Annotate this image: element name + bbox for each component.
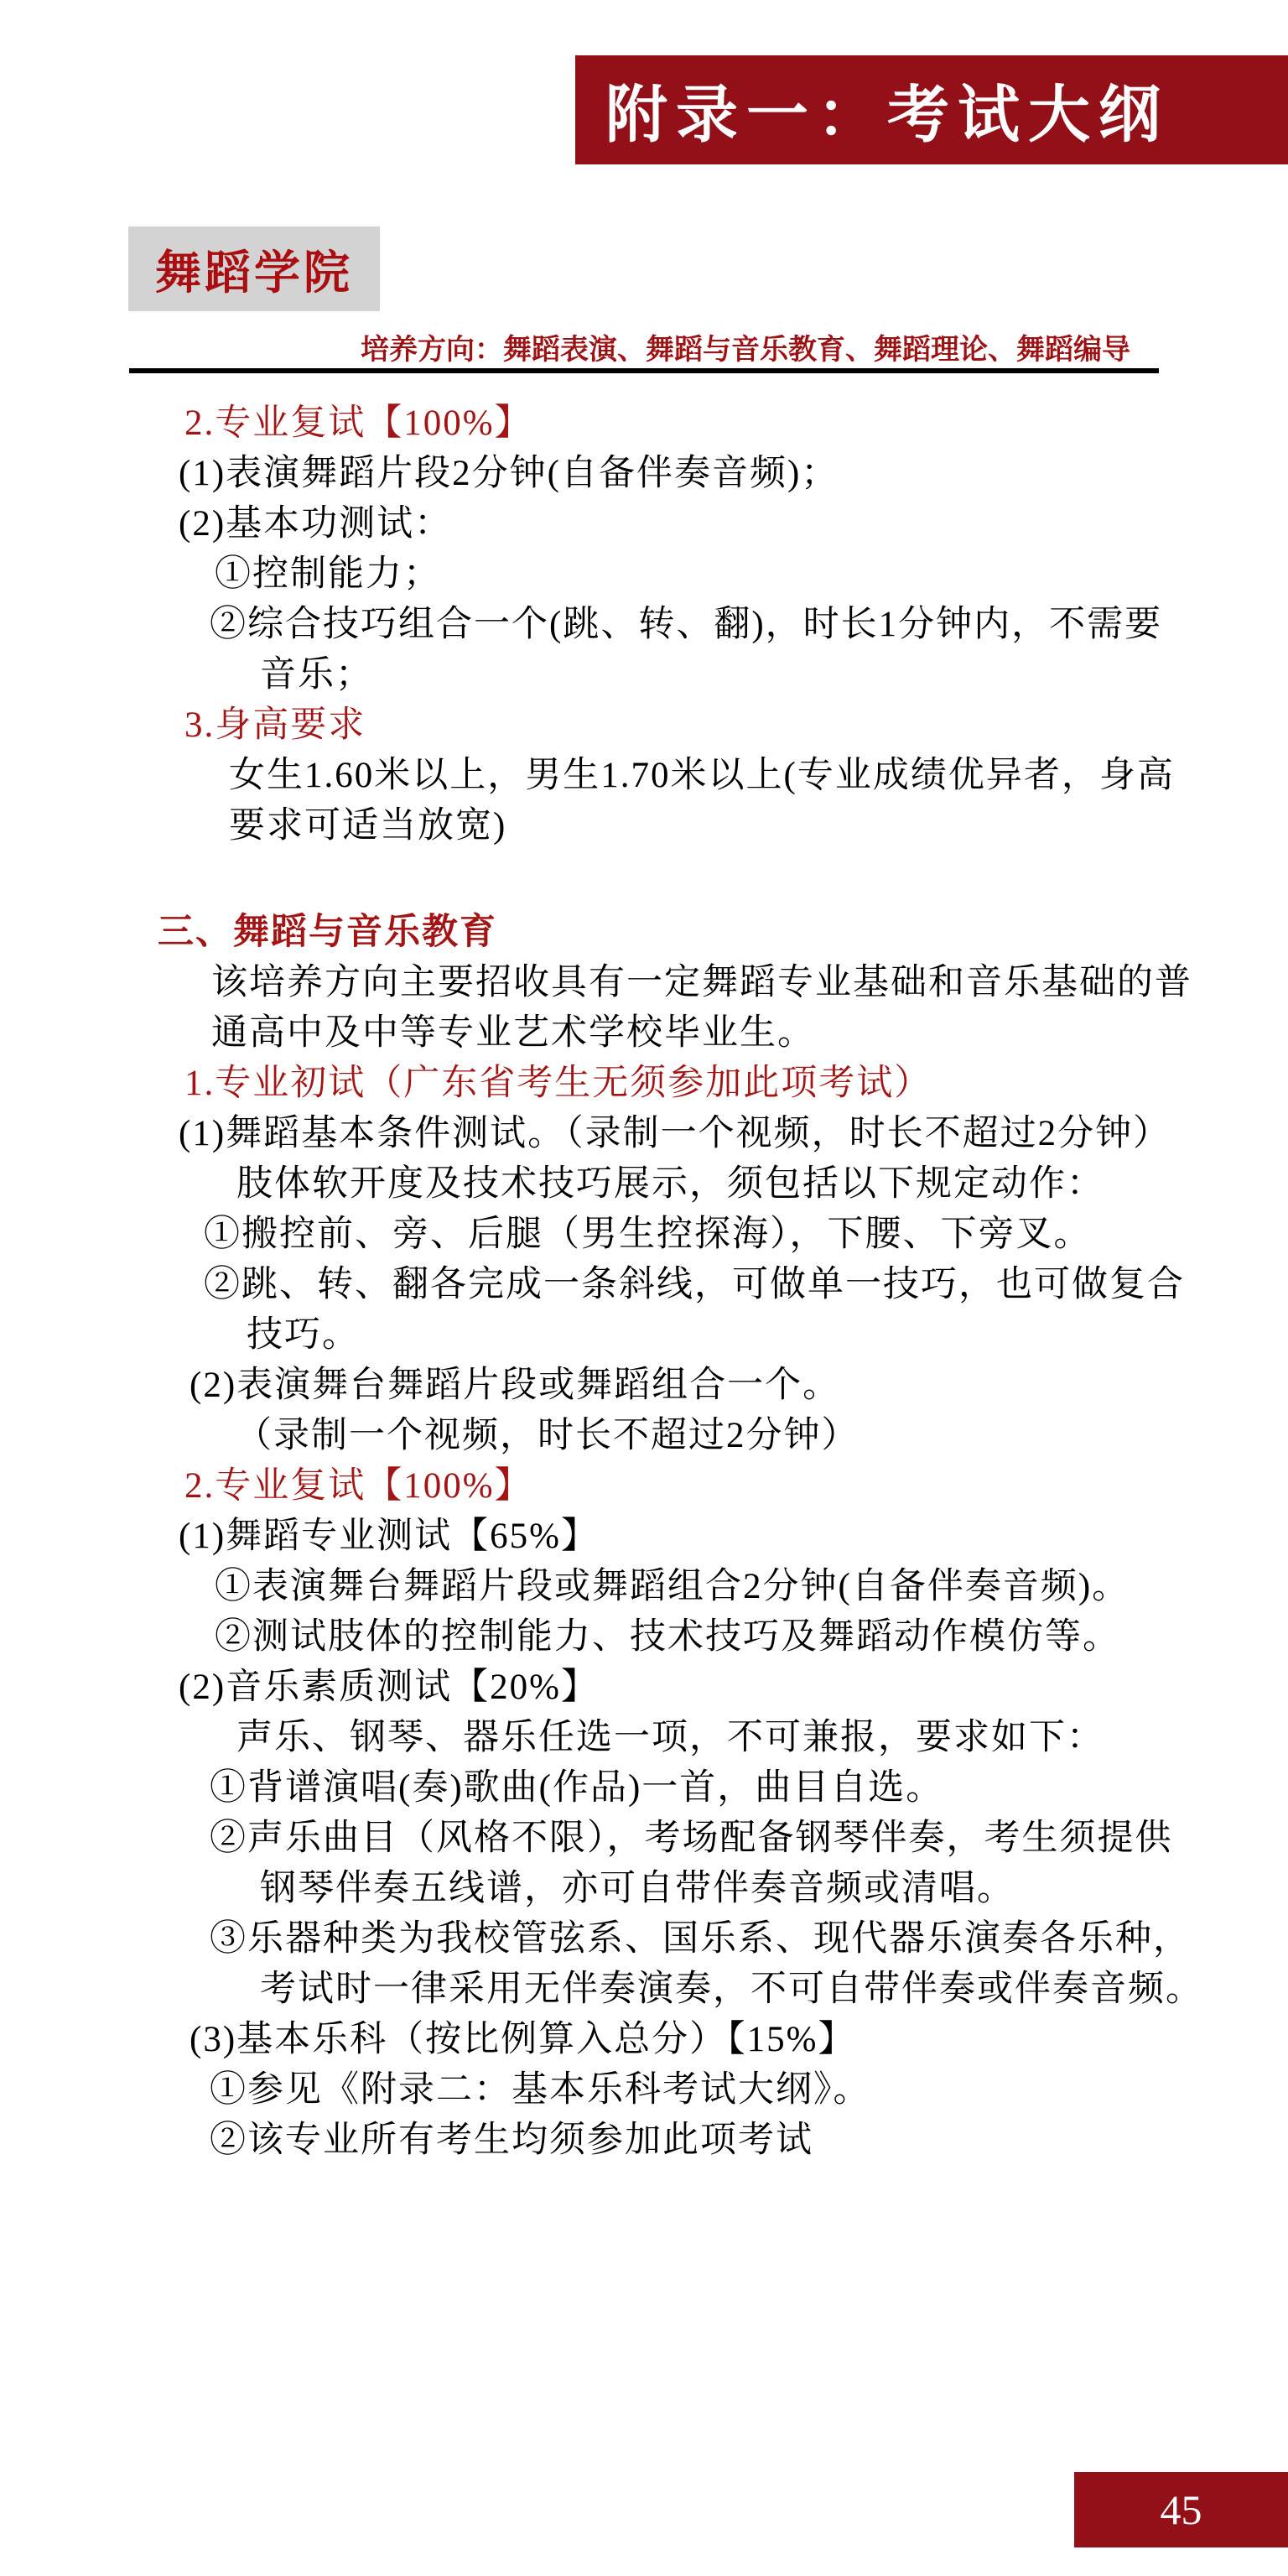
text-line: ③乐器种类为我校管弦系、国乐系、现代器乐演奏各乐种， <box>210 1914 1288 1965</box>
document-body: 2.专业复试【100%】(1)表演舞蹈片段2分钟(自备伴奏音频)；(2)基本功测… <box>0 398 1288 2166</box>
text-line: 2.专业复试【100%】 <box>184 1461 1288 1512</box>
text-line: 通高中及中等专业艺术学校毕业生。 <box>211 1008 1288 1059</box>
text-line: ②声乐曲目（风格不限），考场配备钢琴伴奏，考生须提供 <box>210 1814 1288 1864</box>
page-number: 45 <box>1161 2485 1202 2534</box>
text-line: 声乐、钢琴、器乐任选一项，不可兼报，要求如下： <box>236 1713 1288 1763</box>
text-line: 考试时一律采用无伴奏演奏，不可自带伴奏或伴奏音频。 <box>260 1965 1288 2015</box>
text-line: ①背谱演唱(奏)歌曲(作品)一首，曲目自选。 <box>210 1763 1288 1814</box>
text-line: (2)表演舞台舞蹈片段或舞蹈组合一个。 <box>190 1361 1288 1411</box>
text-line: ②测试肢体的控制能力、技术技巧及舞蹈动作模仿等。 <box>215 1612 1288 1663</box>
text-line: ①参见《附录二：基本乐科考试大纲》。 <box>210 2065 1288 2115</box>
text-line: 三、舞蹈与音乐教育 <box>158 908 1288 958</box>
text-line: ①表演舞台舞蹈片段或舞蹈组合2分钟(自备伴奏音频)。 <box>215 1562 1288 1612</box>
text-line: 该培养方向主要招收具有一定舞蹈专业基础和音乐基础的普 <box>211 958 1288 1008</box>
text-line: ②综合技巧组合一个(跳、转、翻)，时长1分钟内，不需要 <box>210 600 1288 650</box>
text-line: 技巧。 <box>247 1310 1288 1361</box>
document-page: 附录一：考试大纲 舞蹈学院 培养方向：舞蹈表演、舞蹈与音乐教育、舞蹈理论、舞蹈编… <box>0 0 1288 2576</box>
college-title-box: 舞蹈学院 <box>128 226 380 311</box>
horizontal-rule <box>129 368 1159 373</box>
text-line: ②跳、转、翻各完成一条斜线，可做单一技巧，也可做复合 <box>204 1260 1288 1310</box>
training-direction-line: 培养方向：舞蹈表演、舞蹈与音乐教育、舞蹈理论、舞蹈编导 <box>361 326 1130 367</box>
text-line: (2)基本功测试： <box>179 499 1288 549</box>
text-line: 3.身高要求 <box>184 700 1288 751</box>
text-line: 女生1.60米以上，男生1.70米以上(专业成绩优异者，身高 <box>229 751 1288 801</box>
text-line: 音乐； <box>260 650 1288 700</box>
text-line: ①搬控前、旁、后腿（男生控探海），下腰、下旁叉。 <box>204 1210 1288 1260</box>
text-line: 钢琴伴奏五线谱，亦可自带伴奏音频或清唱。 <box>260 1864 1288 1914</box>
text-line: (1)表演舞蹈片段2分钟(自备伴奏音频)； <box>179 449 1288 499</box>
text-line: ②该专业所有考生均须参加此项考试 <box>210 2115 1288 2166</box>
appendix-banner-title: 附录一：考试大纲 <box>575 65 1169 154</box>
text-line: 1.专业初试（广东省考生无须参加此项考试） <box>184 1059 1288 1109</box>
text-line: (1)舞蹈专业测试【65%】 <box>179 1512 1288 1562</box>
text-line: 2.专业复试【100%】 <box>184 398 1288 449</box>
text-line: （录制一个视频，时长不超过2分钟） <box>236 1411 1288 1461</box>
text-line: 肢体软开度及技术技巧展示，须包括以下规定动作： <box>236 1159 1288 1210</box>
college-title: 舞蹈学院 <box>155 236 353 302</box>
appendix-banner: 附录一：考试大纲 <box>575 55 1288 164</box>
page-number-box: 45 <box>1074 2472 1288 2547</box>
text-line: 要求可适当放宽) <box>229 801 1288 851</box>
text-line: (3)基本乐科（按比例算入总分）【15%】 <box>190 2015 1288 2065</box>
text-line: (1)舞蹈基本条件测试。（录制一个视频，时长不超过2分钟） <box>179 1109 1288 1159</box>
text-line: ①控制能力； <box>215 549 1288 600</box>
text-line: (2)音乐素质测试【20%】 <box>179 1663 1288 1713</box>
